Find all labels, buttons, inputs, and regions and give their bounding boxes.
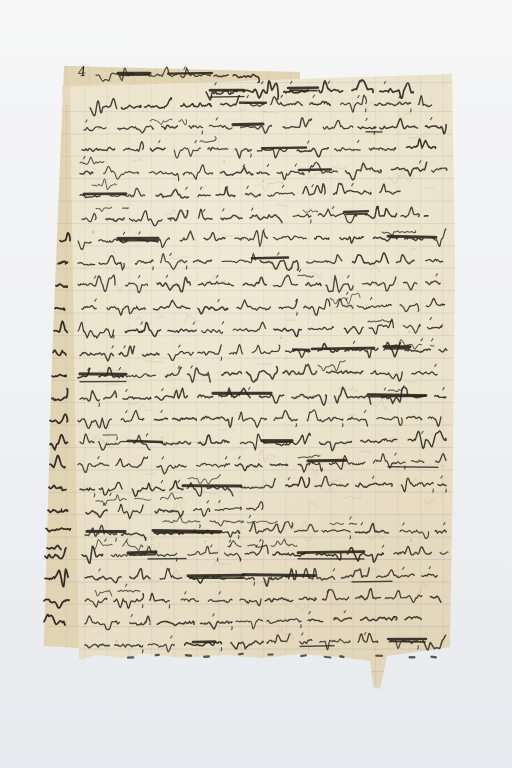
photograph: 4 « Adolphe » ou le malheur d'un sentime… bbox=[0, 0, 512, 768]
title-transcription: « Adolphe » ou le malheur d'un sentiment… bbox=[0, 0, 1, 1]
page-number: 4 bbox=[77, 65, 87, 81]
manuscript-page bbox=[0, 0, 512, 768]
